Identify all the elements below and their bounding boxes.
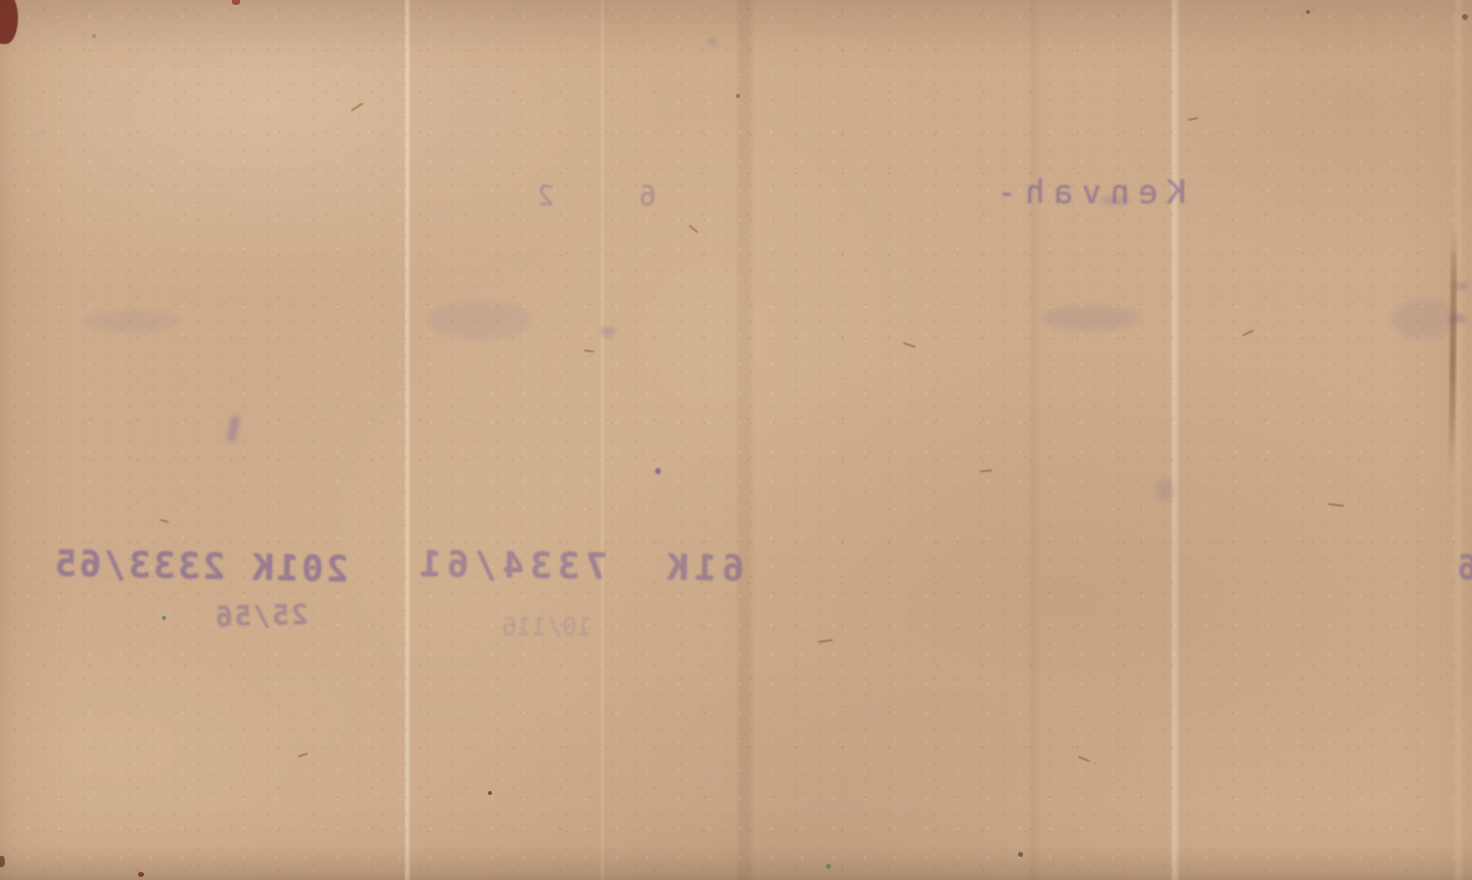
paper-speck bbox=[162, 616, 166, 620]
bleedthrough-faint-chars: 6 2 bbox=[552, 182, 656, 210]
ink-smudge bbox=[1100, 197, 1130, 205]
paper-speck bbox=[138, 872, 144, 877]
bleedthrough-stamp-4: 10/116 bbox=[480, 614, 592, 639]
bleedthrough-typewritten-name: Kenvah- bbox=[960, 176, 1186, 208]
ink-dot bbox=[92, 34, 96, 38]
vertical-crease bbox=[1449, 228, 1458, 473]
paper-speck bbox=[1462, 14, 1468, 20]
paper-fiber bbox=[1078, 756, 1090, 762]
ink-dot bbox=[655, 468, 661, 474]
bleedthrough-stamp-5: 6 bbox=[1438, 551, 1472, 585]
corner-stain bbox=[0, 0, 18, 44]
paper-fiber bbox=[903, 342, 916, 348]
paper-speck bbox=[736, 94, 740, 98]
paper-fiber bbox=[980, 469, 992, 472]
bleedthrough-stamp-2: 61K 7334/61 bbox=[378, 546, 744, 587]
ink-smudge bbox=[708, 38, 716, 46]
paper-fiber bbox=[584, 349, 594, 352]
ink-smudge bbox=[1156, 478, 1174, 502]
paper-speck bbox=[0, 856, 5, 867]
paper-fiber bbox=[689, 225, 699, 234]
paper-grain-texture bbox=[0, 0, 1472, 880]
paper-fiber bbox=[1188, 117, 1198, 121]
paper-fiber bbox=[1242, 330, 1254, 337]
paper-fiber bbox=[818, 639, 833, 643]
ink-smudge bbox=[428, 300, 532, 340]
ink-smudge bbox=[600, 328, 616, 335]
paper-fiber bbox=[351, 102, 364, 111]
ink-smudge bbox=[84, 310, 180, 332]
paper-speck bbox=[1306, 10, 1310, 14]
bleedthrough-stamp-3: 25/56 bbox=[196, 601, 309, 632]
ink-smudge bbox=[1040, 305, 1140, 331]
paper-fiber bbox=[298, 753, 308, 758]
paper-speck bbox=[488, 791, 492, 795]
paper-fiber bbox=[160, 519, 169, 523]
paper-speck bbox=[232, 0, 240, 5]
paper-speck bbox=[1018, 852, 1023, 857]
paper-speck bbox=[826, 864, 831, 869]
bleedthrough-stamp-1: 201K 2333/65 bbox=[12, 545, 349, 588]
paper-scan: Kenvah- 6 2 201K 2333/65 61K 7334/61 25/… bbox=[0, 0, 1472, 880]
paper-fiber bbox=[1328, 503, 1344, 507]
ink-smudge bbox=[227, 416, 239, 443]
